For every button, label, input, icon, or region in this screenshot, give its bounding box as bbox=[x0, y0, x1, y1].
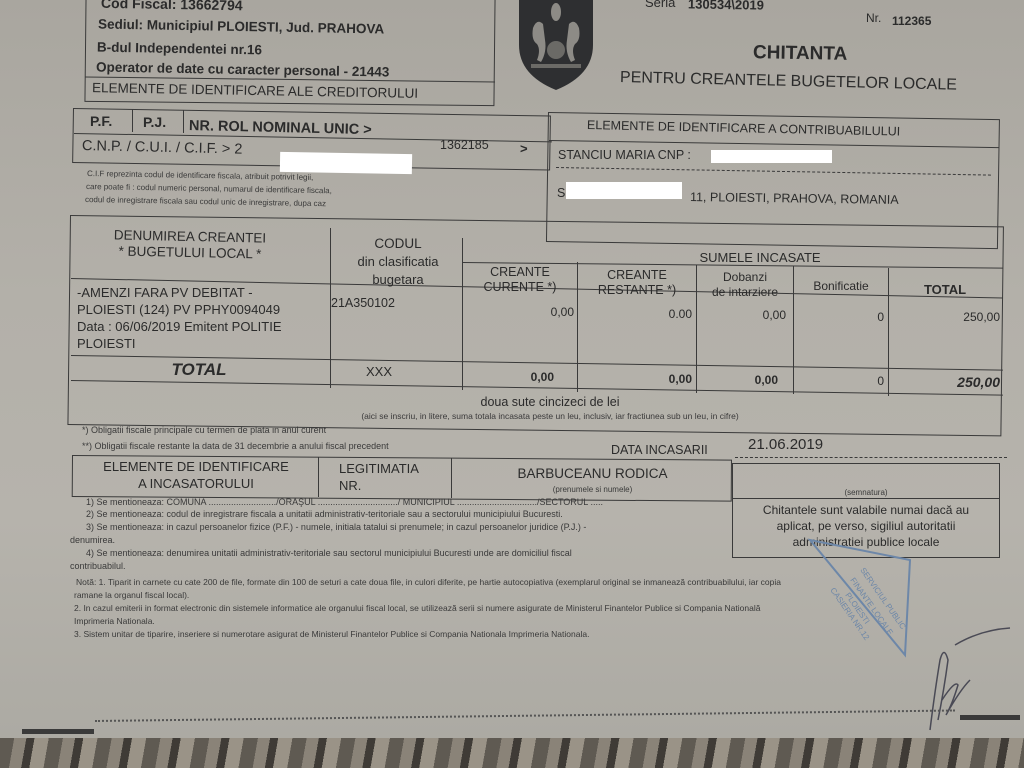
note-3: 3. Sistem unitar de tiparire, inseriere … bbox=[74, 629, 589, 639]
number-label: Nr. bbox=[866, 11, 881, 25]
perforation-line bbox=[95, 709, 955, 722]
footnote-1: *) Obligatii fiscale principale cu terme… bbox=[82, 425, 326, 435]
pj-label: P.J. bbox=[143, 114, 166, 130]
signature-hint: (semnatura) bbox=[733, 488, 999, 497]
total-restante: 0,00 bbox=[592, 372, 692, 386]
col-header-curente-line1: CREANTE bbox=[466, 265, 574, 280]
total-dobanzi: 0,00 bbox=[678, 373, 778, 387]
instruction-4b: contribuabilul. bbox=[70, 561, 126, 571]
collector-divider-1 bbox=[318, 457, 319, 497]
total-code: XXX bbox=[329, 364, 429, 379]
row-description-3: Data : 06/06/2019 Emitent POLITIE bbox=[77, 319, 282, 334]
col-code-header-1: CODUL bbox=[333, 236, 463, 251]
row-curente: 0,00 bbox=[474, 305, 574, 319]
perforation-right-mark bbox=[960, 715, 1020, 720]
note-1b: ramane la organul fiscal local). bbox=[74, 590, 189, 600]
legitimation-label-1: LEGITIMATIA bbox=[339, 461, 419, 476]
collector-divider-2 bbox=[451, 458, 452, 498]
rol-value: 1362185 bbox=[440, 138, 489, 152]
instruction-1: 1) Se mentioneaza: COMUNA ..............… bbox=[86, 497, 603, 507]
instruction-2: 2) Se mentioneaza: codul de inregistrare… bbox=[86, 509, 563, 519]
date-value: 21.06.2019 bbox=[748, 436, 823, 453]
instruction-3b: denumirea. bbox=[70, 535, 115, 545]
pj-divider bbox=[183, 110, 184, 133]
total-bonificatie: 0 bbox=[784, 374, 884, 388]
total-sum: 250,00 bbox=[900, 374, 1000, 390]
col-code-header-2: din clasificatia bbox=[333, 254, 463, 269]
collector-name-hint: (prenumele si numele) bbox=[455, 485, 730, 494]
legitimation-label-2: NR. bbox=[339, 478, 361, 493]
row-total: 250,00 bbox=[900, 310, 1000, 324]
total-curente: 0,00 bbox=[454, 370, 554, 384]
receipt-title: CHITANTA bbox=[753, 42, 848, 66]
coat-of-arms-icon bbox=[517, 0, 595, 90]
series-value: 130534\2019 bbox=[688, 0, 764, 13]
col-header-restante-line1: CREANTE bbox=[580, 268, 694, 283]
taxpayer-cnp-redaction bbox=[711, 150, 832, 163]
taxpayer-address: 11, PLOIESTI, PRAHOVA, ROMANIA bbox=[690, 190, 899, 207]
cnp-redaction bbox=[280, 152, 412, 174]
row-description-2: PLOIESTI (124) PV PPHY0094049 bbox=[77, 302, 280, 317]
rol-arrow: > bbox=[520, 141, 528, 156]
handwritten-signature-icon bbox=[900, 620, 1020, 740]
row-restante: 0.00 bbox=[592, 307, 692, 321]
note-1: Notă: 1. Tiparit in carnete cu cate 200 … bbox=[76, 577, 781, 587]
row-bonificatie: 0 bbox=[784, 310, 884, 324]
footnote-2: **) Obligatii fiscale restante la data d… bbox=[82, 441, 389, 451]
note-2: 2. In cazul emiterii in format electroni… bbox=[74, 603, 760, 613]
total-row: TOTAL XXX 0,00 0,00 0,00 0 250,00 bbox=[74, 360, 1004, 386]
background-fabric bbox=[0, 738, 1024, 768]
collector-title-1: ELEMENTE DE IDENTIFICARE bbox=[76, 459, 316, 474]
table-row: -AMENZI FARA PV DEBITAT - PLOIESTI (124)… bbox=[74, 283, 1004, 355]
collector-title-2: A INCASATORULUI bbox=[76, 476, 316, 491]
series-label: Seria bbox=[645, 0, 675, 10]
receipt-paper: Cod Fiscal: 13662794 Sediul: Municipiul … bbox=[0, 0, 1024, 740]
taxpayer-address-prefix: S bbox=[557, 186, 565, 200]
amount-hint: (aici se inscriu, in litere, suma totala… bbox=[220, 411, 880, 421]
instruction-4: 4) Se mentioneaza: denumirea unitatii ad… bbox=[86, 548, 572, 558]
instruction-3: 3) Se mentioneaza: in cazul persoanelor … bbox=[86, 522, 586, 532]
date-label: DATA INCASARII bbox=[611, 443, 708, 457]
collector-name: BARBUCEANU RODICA bbox=[455, 466, 730, 481]
taxpayer-address-redaction bbox=[566, 182, 682, 199]
cif-note-2: care poate fi : codul numeric personal, … bbox=[86, 182, 332, 195]
row-dobanzi: 0,00 bbox=[686, 308, 786, 322]
taxpayer-name: STANCIU MARIA CNP : bbox=[558, 148, 691, 162]
perforation-left-mark bbox=[22, 729, 94, 734]
row-description-4: PLOIESTI bbox=[77, 336, 136, 351]
row-code: 21A350102 bbox=[331, 296, 395, 310]
creditor-address: B-dul Independentei nr.16 bbox=[97, 40, 262, 58]
cif-note-3: codul de inregistrare fiscala sau codul … bbox=[85, 195, 326, 208]
date-underline bbox=[735, 457, 1007, 458]
pf-divider bbox=[132, 109, 133, 132]
sums-header: SUMELE INCASATE bbox=[560, 250, 960, 265]
pf-label: P.F. bbox=[90, 113, 112, 129]
amount-in-words: doua sute cincizeci de lei bbox=[300, 395, 800, 409]
validity-line-1: Chitantele sunt valabile numai dacă au bbox=[733, 503, 999, 517]
note-2b: Imprimeria Nationala. bbox=[74, 616, 155, 626]
receipt-subtitle: PENTRU CREANTELE BUGETELOR LOCALE bbox=[620, 69, 957, 95]
row-description-1: -AMENZI FARA PV DEBITAT - bbox=[77, 285, 253, 300]
signature-divider bbox=[733, 498, 999, 499]
number-value: 112365 bbox=[892, 14, 931, 28]
total-label: TOTAL bbox=[74, 360, 324, 380]
